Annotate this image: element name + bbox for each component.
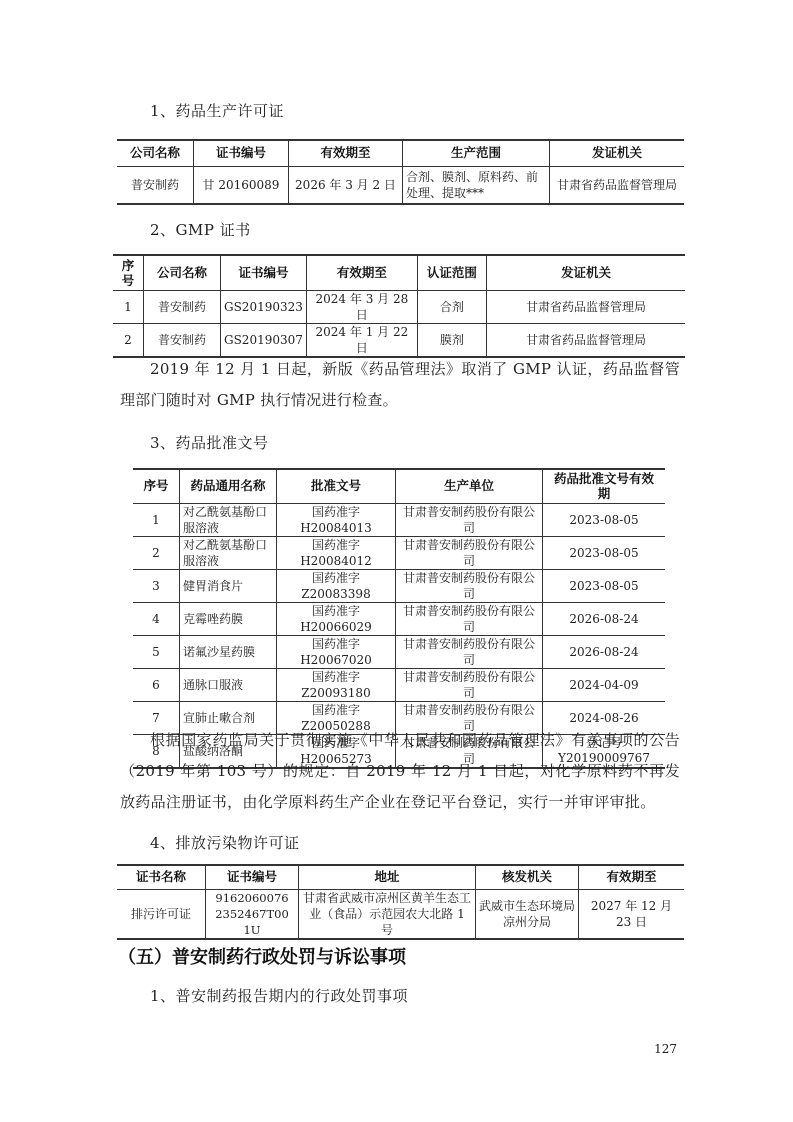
pollutant-permit-table: 证书名称 证书编号 地址 核发机关 有效期至 排污许可证 91620600762…: [117, 864, 684, 940]
cell: 甘肃省药品监督管理局: [550, 166, 685, 204]
heading-gmp-certificate: 2、GMP 证书: [150, 219, 251, 240]
table-row: 5 诺氟沙星药膜 国药准字 H20067020 甘肃普安制药股份有限公司 202…: [133, 635, 665, 668]
table-row: 2 普安制药 GS20190307 2024 年 1 月 22 日 膜剂 甘肃省…: [113, 323, 685, 357]
approval-number-table: 序号 药品通用名称 批准文号 生产单位 药品批准文号有效期 1 对乙酰氨基酚口服…: [133, 468, 665, 769]
col-header: 批准文号: [277, 469, 396, 503]
page-number: 127: [654, 1042, 677, 1056]
col-header: 生产单位: [396, 469, 543, 503]
col-header: 公司名称: [117, 140, 194, 166]
cell: 甘肃普安制药股份有限公司: [396, 602, 543, 635]
gmp-certificate-table: 序号 公司名称 证书编号 有效期至 认证范围 发证机关 1 普安制药 GS201…: [113, 254, 685, 358]
cell: 2023-08-05: [543, 503, 666, 536]
cell: 6: [133, 668, 180, 701]
heading-approval-numbers: 3、药品批准文号: [150, 432, 269, 453]
cell: 甘肃普安制药股份有限公司: [396, 569, 543, 602]
cell: 国药准字 H20066029: [277, 602, 396, 635]
production-license-table: 公司名称 证书编号 有效期至 生产范围 发证机关 普安制药 甘 20160089…: [117, 139, 684, 205]
gmp-note-paragraph: 2019 年 12 月 1 日起，新版《药品管理法》取消了 GMP 认证，药品监…: [120, 354, 680, 416]
cell: 甘肃普安制药股份有限公司: [396, 536, 543, 569]
registration-note-paragraph: 根据国家药监局关于贯彻实施《中华人民共和国药品管理法》有关事项的公告（2019 …: [120, 725, 680, 818]
cell: 甘肃省药品监督管理局: [486, 290, 685, 323]
heading-production-license: 1、药品生产许可证: [150, 100, 284, 121]
cell: 2024-04-09: [543, 668, 666, 701]
cell: 武威市生态环境局凉州分局: [476, 889, 579, 939]
cell: 诺氟沙星药膜: [180, 635, 277, 668]
table-row: 6 通脉口服液 国药准字 Z20093180 甘肃普安制药股份有限公司 2024…: [133, 668, 665, 701]
cell: 1: [133, 503, 180, 536]
cell: 甘肃普安制药股份有限公司: [396, 503, 543, 536]
col-header: 发证机关: [486, 255, 685, 290]
cell: 国药准字 H20084013: [277, 503, 396, 536]
cell: 甘 20160089: [194, 166, 289, 204]
cell: 2026-08-24: [543, 635, 666, 668]
table-row: 4 克霉唑药膜 国药准字 H20066029 甘肃普安制药股份有限公司 2026…: [133, 602, 665, 635]
cell: 2026-08-24: [543, 602, 666, 635]
col-header: 地址: [299, 865, 476, 889]
cell: 甘肃普安制药股份有限公司: [396, 635, 543, 668]
col-header: 序号: [113, 255, 144, 290]
cell: 91620600762352467T001U: [206, 889, 299, 939]
cell: 甘肃省药品监督管理局: [486, 323, 685, 357]
cell: 4: [133, 602, 180, 635]
col-header: 证书编号: [194, 140, 289, 166]
cell: GS20190307: [221, 323, 307, 357]
cell: 甘肃省武威市凉州区黄羊生态工业（食品）示范园农大北路 1 号: [299, 889, 476, 939]
col-header: 药品通用名称: [180, 469, 277, 503]
cell: 膜剂: [417, 323, 486, 357]
cell: 3: [133, 569, 180, 602]
heading-pollutant-permit: 4、排放污染物许可证: [150, 832, 300, 853]
cell: 合剂: [417, 290, 486, 323]
cell: 通脉口服液: [180, 668, 277, 701]
col-header: 发证机关: [550, 140, 685, 166]
section-title-penalties-litigation: （五）普安制药行政处罚与诉讼事项: [118, 943, 406, 969]
cell: 国药准字 H20084012: [277, 536, 396, 569]
col-header: 有效期至: [579, 865, 685, 889]
cell: 2027 年 12 月 23 日: [579, 889, 685, 939]
cell: GS20190323: [221, 290, 307, 323]
table-row: 排污许可证 91620600762352467T001U 甘肃省武威市凉州区黄羊…: [117, 889, 684, 939]
table-row: 1 对乙酰氨基酚口服溶液 国药准字 H20084013 甘肃普安制药股份有限公司…: [133, 503, 665, 536]
col-header: 证书编号: [206, 865, 299, 889]
cell: 2: [133, 536, 180, 569]
cell: 国药准字 Z20093180: [277, 668, 396, 701]
table-row: 1 普安制药 GS20190323 2024 年 3 月 28 日 合剂 甘肃省…: [113, 290, 685, 323]
table-row: 2 对乙酰氨基酚口服溶液 国药准字 H20084012 甘肃普安制药股份有限公司…: [133, 536, 665, 569]
cell: 2024 年 1 月 22 日: [306, 323, 417, 357]
table-row: 3 健胃消食片 国药准字 Z20083398 甘肃普安制药股份有限公司 2023…: [133, 569, 665, 602]
col-header: 证书编号: [221, 255, 307, 290]
table-row: 普安制药 甘 20160089 2026 年 3 月 2 日 合剂、膜剂、原料药…: [117, 166, 684, 204]
cell: 2026 年 3 月 2 日: [289, 166, 403, 204]
cell: 排污许可证: [117, 889, 206, 939]
cell: 2023-08-05: [543, 536, 666, 569]
cell: 2: [113, 323, 144, 357]
cell: 国药准字 Z20083398: [277, 569, 396, 602]
col-header: 证书名称: [117, 865, 206, 889]
cell: 普安制药: [144, 323, 221, 357]
cell: 2024 年 3 月 28 日: [306, 290, 417, 323]
cell: 普安制药: [117, 166, 194, 204]
cell: 1: [113, 290, 144, 323]
cell: 国药准字 H20067020: [277, 635, 396, 668]
col-header: 公司名称: [144, 255, 221, 290]
cell: 克霉唑药膜: [180, 602, 277, 635]
heading-administrative-penalties: 1、普安制药报告期内的行政处罚事项: [150, 985, 408, 1006]
cell: 合剂、膜剂、原料药、前处理、提取***: [403, 166, 550, 204]
col-header: 核发机关: [476, 865, 579, 889]
cell: 对乙酰氨基酚口服溶液: [180, 536, 277, 569]
cell: 5: [133, 635, 180, 668]
col-header: 药品批准文号有效期: [543, 469, 666, 503]
col-header: 有效期至: [289, 140, 403, 166]
cell: 2023-08-05: [543, 569, 666, 602]
cell: 普安制药: [144, 290, 221, 323]
col-header: 生产范围: [403, 140, 550, 166]
cell: 健胃消食片: [180, 569, 277, 602]
col-header: 认证范围: [417, 255, 486, 290]
cell: 甘肃普安制药股份有限公司: [396, 668, 543, 701]
cell: 对乙酰氨基酚口服溶液: [180, 503, 277, 536]
col-header: 序号: [133, 469, 180, 503]
col-header: 有效期至: [306, 255, 417, 290]
